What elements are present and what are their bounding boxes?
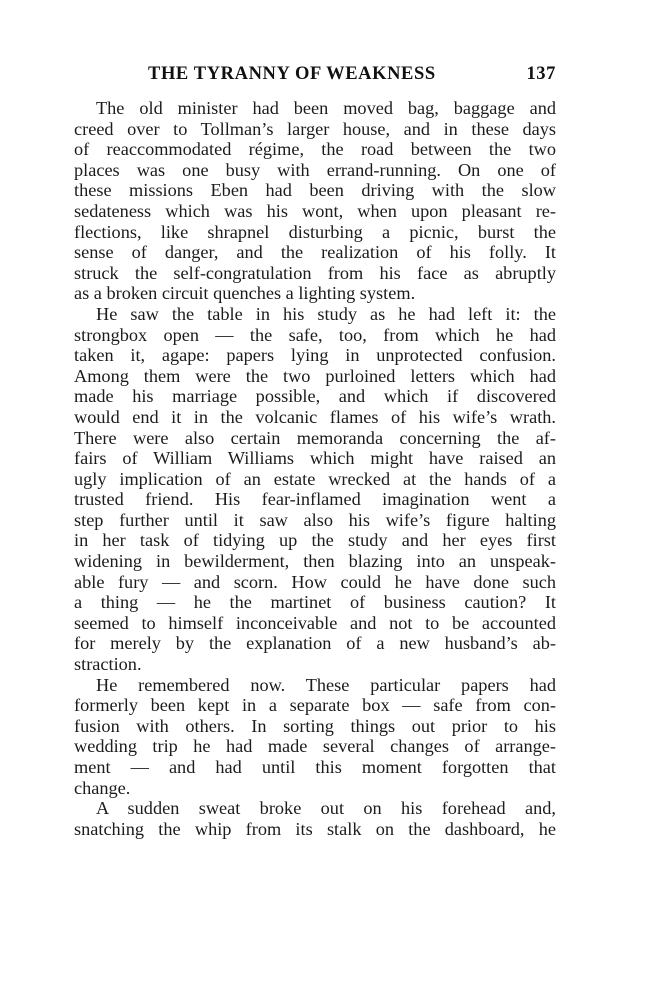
- text-line: for merely by the explanation of a new h…: [74, 633, 556, 654]
- text-line: step further until it saw also his wife’…: [74, 510, 556, 531]
- text-line: The old minister had been moved bag, bag…: [74, 98, 556, 119]
- text-line: straction.: [74, 654, 556, 675]
- running-title: THE TYRANNY OF WEAKNESS: [148, 64, 436, 85]
- text-line: change.: [74, 778, 556, 799]
- text-line: taken it, agape: papers lying in unprote…: [74, 345, 556, 366]
- text-line: There were also certain memoranda concer…: [74, 428, 556, 449]
- body-text: The old minister had been moved bag, bag…: [74, 98, 556, 839]
- text-line: creed over to Tollman’s larger house, an…: [74, 119, 556, 140]
- text-line: sense of danger, and the realization of …: [74, 242, 556, 263]
- text-line: made his marriage possible, and which if…: [74, 386, 556, 407]
- text-line: would end it in the volcanic flames of h…: [74, 407, 556, 428]
- text-line: formerly been kept in a separate box — s…: [74, 695, 556, 716]
- text-line: in her task of tidying up the study and …: [74, 530, 556, 551]
- text-line: a thing — he the martinet of business ca…: [74, 592, 556, 613]
- text-line: fairs of William Williams which might ha…: [74, 448, 556, 469]
- text-line: seemed to himself inconceivable and not …: [74, 613, 556, 634]
- text-line: trusted friend. His fear-inflamed imagin…: [74, 489, 556, 510]
- text-line: of reaccommodated régime, the road betwe…: [74, 139, 556, 160]
- text-line: as a broken circuit quenches a lighting …: [74, 283, 556, 304]
- text-line: fusion with others. In sorting things ou…: [74, 716, 556, 737]
- text-line: struck the self-congratulation from his …: [74, 263, 556, 284]
- book-page: THE TYRANNY OF WEAKNESS 137 The old mini…: [0, 0, 664, 1000]
- running-head: THE TYRANNY OF WEAKNESS 137: [148, 64, 556, 88]
- text-line: strongbox open — the safe, too, from whi…: [74, 325, 556, 346]
- text-line: widening in bewilderment, then blazing i…: [74, 551, 556, 572]
- text-line: places was one busy with errand-running.…: [74, 160, 556, 181]
- page-number: 137: [526, 64, 556, 85]
- text-line: ment — and had until this moment forgott…: [74, 757, 556, 778]
- text-line: Among them were the two purloined letter…: [74, 366, 556, 387]
- text-line: sedateness which was his wont, when upon…: [74, 201, 556, 222]
- text-line: A sudden sweat broke out on his forehead…: [74, 798, 556, 819]
- text-line: flections, like shrapnel disturbing a pi…: [74, 222, 556, 243]
- text-line: wedding trip he had made several changes…: [74, 736, 556, 757]
- text-line: He remembered now. These particular pape…: [74, 675, 556, 696]
- text-line: He saw the table in his study as he had …: [74, 304, 556, 325]
- text-line: these missions Eben had been driving wit…: [74, 180, 556, 201]
- text-line: ugly implication of an estate wrecked at…: [74, 469, 556, 490]
- text-line: snatching the whip from its stalk on the…: [74, 819, 556, 840]
- text-line: able fury — and scorn. How could he have…: [74, 572, 556, 593]
